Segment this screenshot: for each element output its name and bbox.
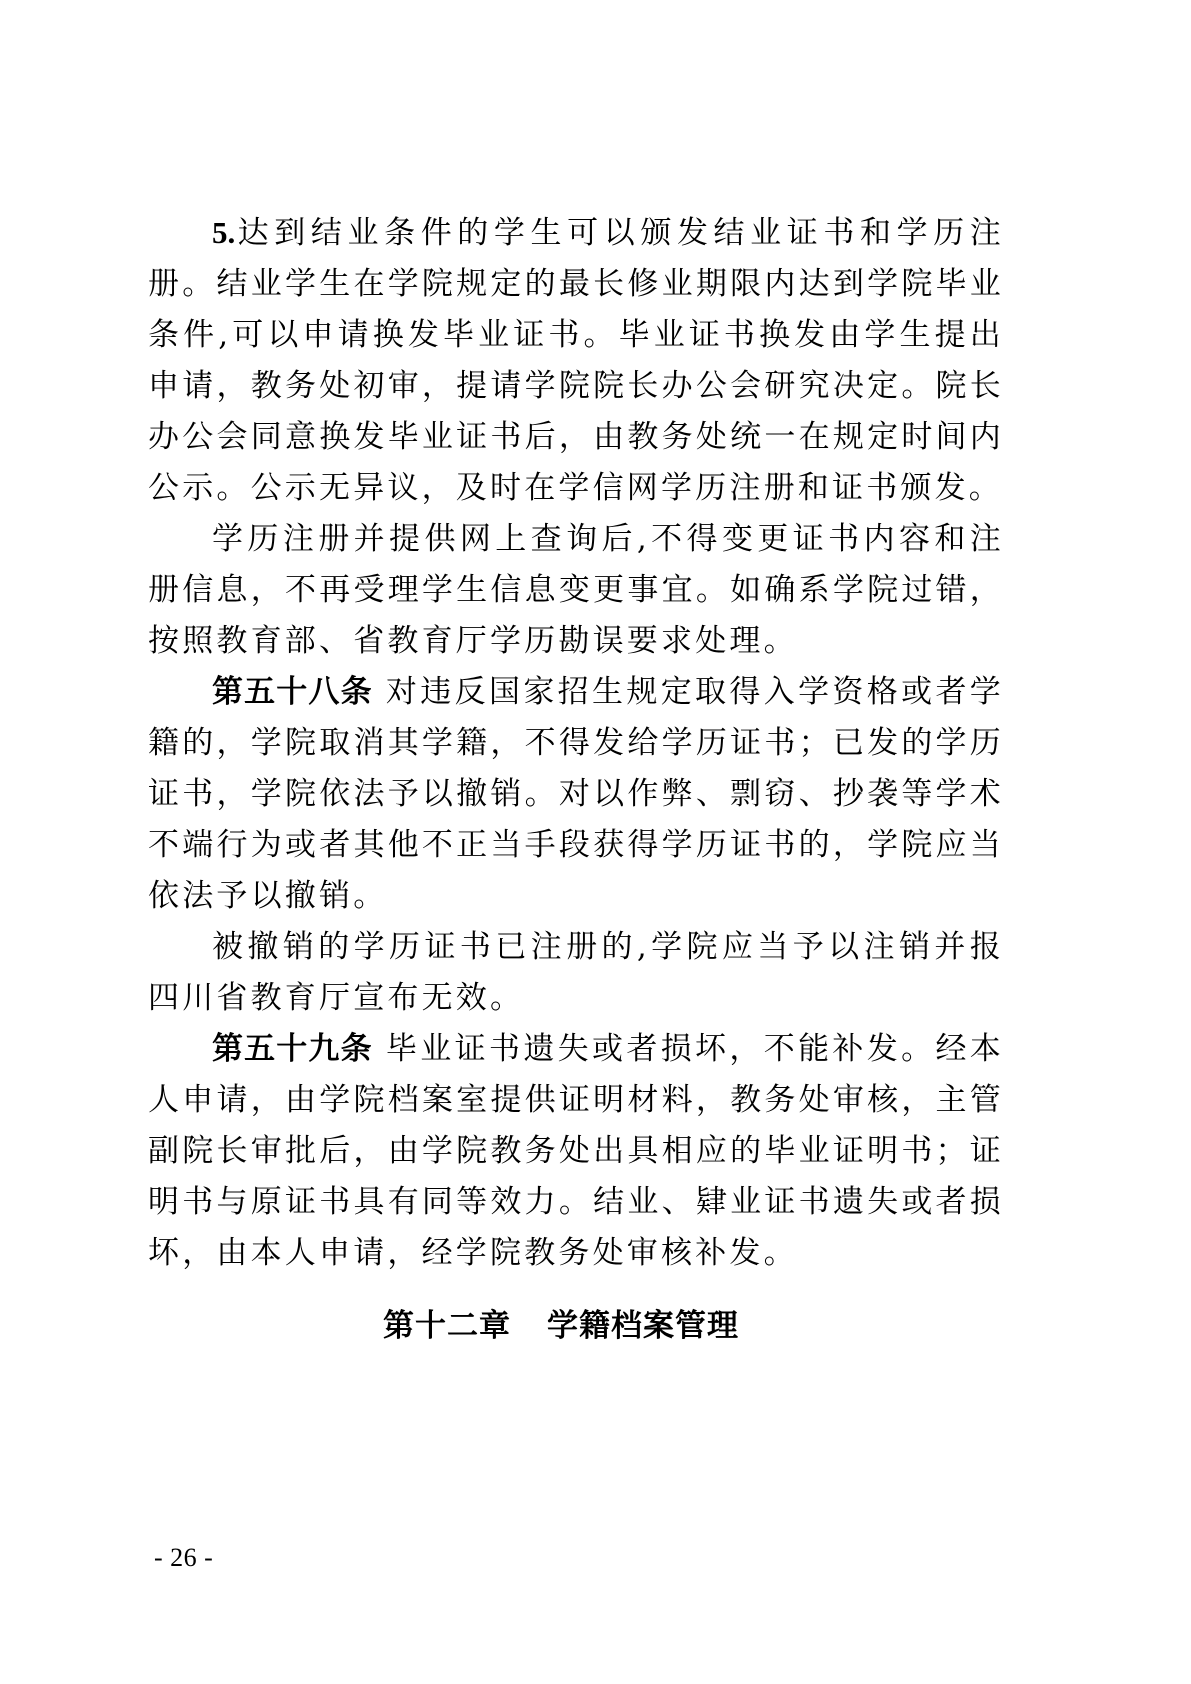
item-number: 5.: [212, 215, 235, 250]
chapter-title: 学籍档案管理: [547, 1308, 739, 1344]
chapter-heading: 第十二章学籍档案管理: [148, 1301, 1004, 1352]
document-page: 5.达到结业条件的学生可以颁发结业证书和学历注册。结业学生在学院规定的最长修业期…: [0, 0, 1191, 1684]
paragraph-revoked-certificate: 被撤销的学历证书已注册的,学院应当予以注销并报四川省教育厅宣布无效。: [148, 922, 1004, 1024]
paragraph-text: 毕业证书遗失或者损坏，不能补发。经本人申请，由学院档案室提供证明材料，教务处审核…: [148, 1031, 1004, 1271]
paragraph-text: 被撤销的学历证书已注册的,学院应当予以注销并报四川省教育厅宣布无效。: [148, 929, 1004, 1016]
page-number: - 26 -: [154, 1542, 213, 1574]
article-number: 第五十八条: [212, 674, 373, 710]
paragraph-registration: 学历注册并提供网上查询后,不得变更证书内容和注册信息，不再受理学生信息变更事宜。…: [148, 514, 1004, 667]
paragraph-graduation-certificate: 5.达到结业条件的学生可以颁发结业证书和学历注册。结业学生在学院规定的最长修业期…: [148, 207, 1004, 514]
chapter-number: 第十二章: [383, 1308, 511, 1344]
paragraph-text: 学历注册并提供网上查询后,不得变更证书内容和注册信息，不再受理学生信息变更事宜。…: [148, 521, 1004, 659]
article-59: 第五十九条 毕业证书遗失或者损坏，不能补发。经本人申请，由学院档案室提供证明材料…: [148, 1024, 1004, 1279]
paragraph-text: 对违反国家招生规定取得入学资格或者学籍的，学院取消其学籍，不得发给学历证书；已发…: [148, 674, 1004, 914]
article-number: 第五十九条: [212, 1031, 373, 1067]
document-body: 5.达到结业条件的学生可以颁发结业证书和学历注册。结业学生在学院规定的最长修业期…: [148, 207, 1004, 1352]
article-58: 第五十八条 对违反国家招生规定取得入学资格或者学籍的，学院取消其学籍，不得发给学…: [148, 667, 1004, 922]
paragraph-text: 达到结业条件的学生可以颁发结业证书和学历注册。结业学生在学院规定的最长修业期限内…: [148, 215, 1004, 506]
